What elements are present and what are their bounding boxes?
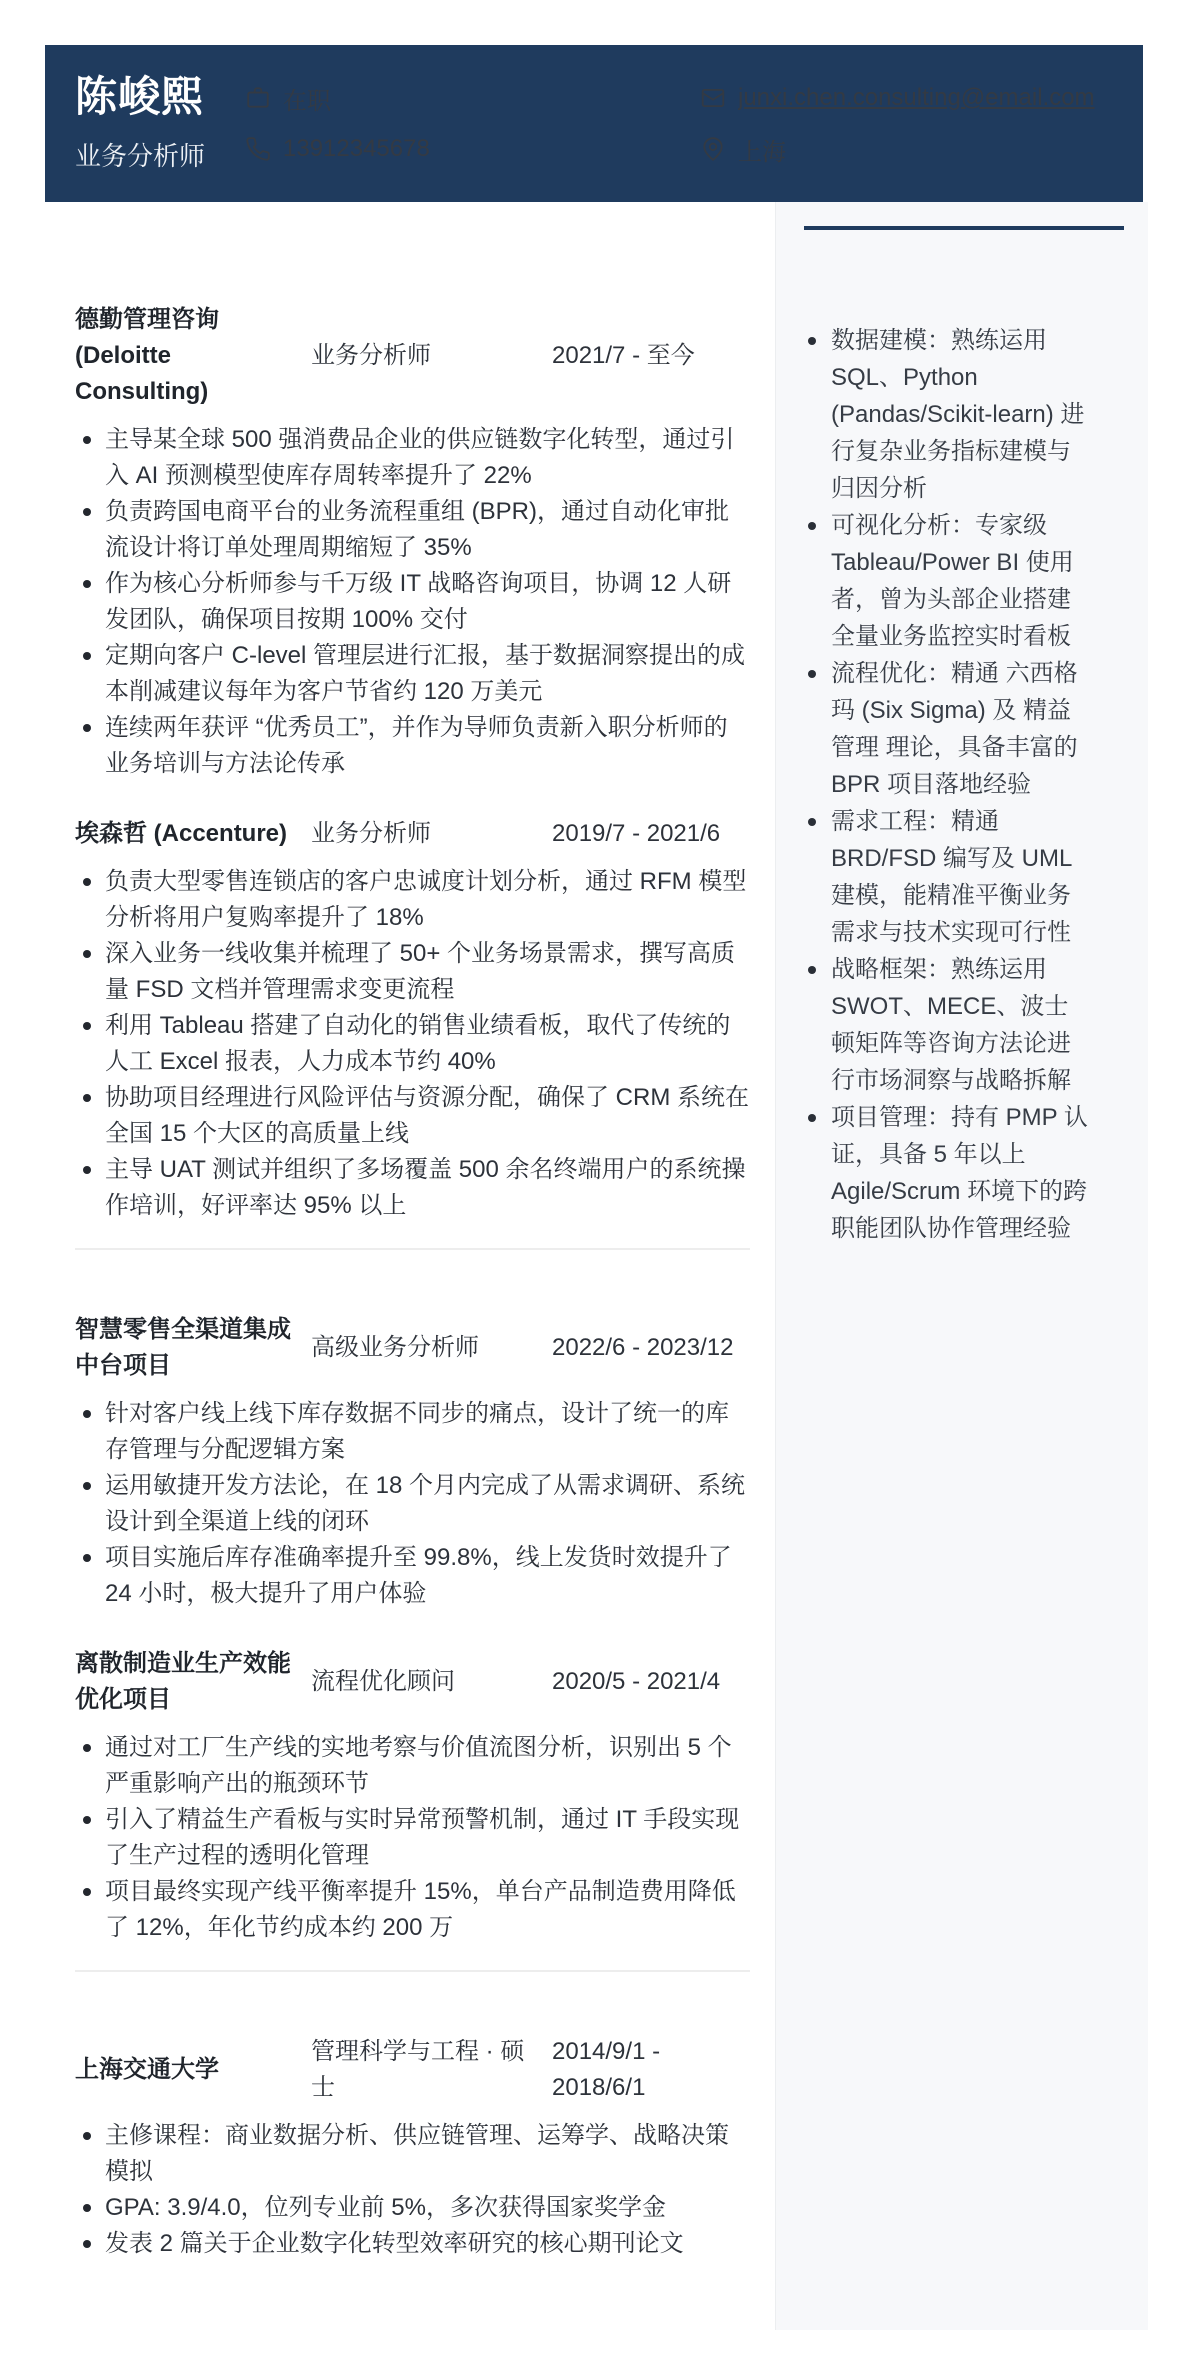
sidebar-accent-rule bbox=[804, 226, 1124, 230]
entry-date: 2020/5 - 2021/4 bbox=[552, 1664, 750, 1700]
entry-date: 2021/7 - 至今 bbox=[552, 338, 750, 374]
mail-icon bbox=[700, 85, 726, 111]
location-icon bbox=[700, 136, 726, 162]
entry-date: 2022/6 - 2023/12 bbox=[552, 1330, 750, 1366]
bullet-item: 发表 2 篇关于企业数字化转型效率研究的核心期刊论文 bbox=[75, 2226, 750, 2262]
entry-name: 德勤管理咨询 (Deloitte Consulting) bbox=[75, 302, 295, 410]
entry-header: 德勤管理咨询 (Deloitte Consulting) 业务分析师 2021/… bbox=[75, 302, 750, 410]
skill-item: 可视化分析：专家级 Tableau/Power BI 使用者，曾为头部企业搭建全… bbox=[804, 507, 1124, 655]
work-experience-section: 德勤管理咨询 (Deloitte Consulting) 业务分析师 2021/… bbox=[75, 302, 750, 1224]
contact-item: 上海 bbox=[700, 132, 1113, 167]
education-section: 上海交通大学 管理科学与工程 · 硕士 2014/9/1 - 2018/6/1 … bbox=[75, 2034, 750, 2262]
skill-item: 需求工程：精通 BRD/FSD 编写及 UML 建模，能精准平衡业务需求与技术实… bbox=[804, 803, 1124, 951]
entry-name: 离散制造业生产效能优化项目 bbox=[75, 1646, 295, 1718]
briefcase-icon bbox=[245, 85, 271, 111]
resume-page: 陈峻熙 业务分析师 在职 junxi.chen.consulting@email… bbox=[45, 45, 1143, 2330]
entry-header: 智慧零售全渠道集成中台项目 高级业务分析师 2022/6 - 2023/12 bbox=[75, 1312, 750, 1384]
resume-entry: 离散制造业生产效能优化项目 流程优化顾问 2020/5 - 2021/4 通过对… bbox=[75, 1646, 750, 1946]
phone-icon bbox=[245, 136, 271, 162]
bullet-item: 项目最终实现产线平衡率提升 15%，单台产品制造费用降低了 12%，年化节约成本… bbox=[75, 1874, 750, 1946]
contact-text: 在职 bbox=[283, 81, 331, 116]
entry-role: 管理科学与工程 · 硕士 bbox=[311, 2034, 536, 2106]
entry-name: 上海交通大学 bbox=[75, 2052, 295, 2088]
skill-item: 流程优化：精通 六西格玛 (Six Sigma) 及 精益管理 理论，具备丰富的… bbox=[804, 655, 1124, 803]
entry-date: 2014/9/1 - 2018/6/1 bbox=[552, 2034, 750, 2106]
entry-name: 智慧零售全渠道集成中台项目 bbox=[75, 1312, 295, 1384]
skills-sidebar: 数据建模：熟练运用 SQL、Python (Pandas/Scikit-lear… bbox=[775, 202, 1148, 2330]
contact-text: 13912345678 bbox=[283, 135, 430, 163]
bullet-item: 针对客户线上线下库存数据不同步的痛点，设计了统一的库存管理与分配逻辑方案 bbox=[75, 1396, 750, 1468]
bullet-item: 负责跨国电商平台的业务流程重组 (BPR)，通过自动化审批流设计将订单处理周期缩… bbox=[75, 494, 750, 566]
bullet-item: 通过对工厂生产线的实地考察与价值流图分析，识别出 5 个严重影响产出的瓶颈环节 bbox=[75, 1730, 750, 1802]
entry-role: 高级业务分析师 bbox=[311, 1330, 536, 1366]
bullet-item: 项目实施后库存准确率提升至 99.8%，线上发货时效提升了 24 小时，极大提升… bbox=[75, 1540, 750, 1612]
entry-role: 业务分析师 bbox=[311, 816, 536, 852]
contact-item: 在职 bbox=[245, 81, 700, 116]
bullet-list: 通过对工厂生产线的实地考察与价值流图分析，识别出 5 个严重影响产出的瓶颈环节引… bbox=[75, 1730, 750, 1946]
bullet-item: 协助项目经理进行风险评估与资源分配，确保了 CRM 系统在全国 15 个大区的高… bbox=[75, 1080, 750, 1152]
bullet-item: 运用敏捷开发方法论，在 18 个月内完成了从需求调研、系统设计到全渠道上线的闭环 bbox=[75, 1468, 750, 1540]
bullet-item: 利用 Tableau 搭建了自动化的销售业绩看板，取代了传统的人工 Excel … bbox=[75, 1008, 750, 1080]
entry-header: 埃森哲 (Accenture) 业务分析师 2019/7 - 2021/6 bbox=[75, 816, 750, 852]
resume-entry: 埃森哲 (Accenture) 业务分析师 2019/7 - 2021/6 负责… bbox=[75, 816, 750, 1224]
candidate-identity: 陈峻熙 业务分析师 bbox=[75, 74, 225, 173]
bullet-item: 主导某全球 500 强消费品企业的供应链数字化转型，通过引入 AI 预测模型使库… bbox=[75, 422, 750, 494]
bullet-list: 主导某全球 500 强消费品企业的供应链数字化转型，通过引入 AI 预测模型使库… bbox=[75, 422, 750, 782]
contact-item: junxi.chen.consulting@email.com bbox=[700, 84, 1113, 112]
bullet-item: 主修课程：商业数据分析、供应链管理、运筹学、战略决策模拟 bbox=[75, 2118, 750, 2190]
main-column: 德勤管理咨询 (Deloitte Consulting) 业务分析师 2021/… bbox=[45, 202, 775, 2330]
resume-entry: 上海交通大学 管理科学与工程 · 硕士 2014/9/1 - 2018/6/1 … bbox=[75, 2034, 750, 2262]
bullet-item: 引入了精益生产看板与实时异常预警机制，通过 IT 手段实现了生产过程的透明化管理 bbox=[75, 1802, 750, 1874]
bullet-item: 作为核心分析师参与千万级 IT 战略咨询项目，协调 12 人研发团队，确保项目按… bbox=[75, 566, 750, 638]
bullet-list: 主修课程：商业数据分析、供应链管理、运筹学、战略决策模拟GPA: 3.9/4.0… bbox=[75, 2118, 750, 2262]
entry-date: 2019/7 - 2021/6 bbox=[552, 816, 750, 852]
entry-name: 埃森哲 (Accenture) bbox=[75, 816, 295, 852]
entry-header: 离散制造业生产效能优化项目 流程优化顾问 2020/5 - 2021/4 bbox=[75, 1646, 750, 1718]
email-link[interactable]: junxi.chen.consulting@email.com bbox=[738, 84, 1095, 112]
contact-text: 上海 bbox=[738, 132, 786, 167]
bullet-item: 主导 UAT 测试并组织了多场覆盖 500 余名终端用户的系统操作培训，好评率达… bbox=[75, 1152, 750, 1224]
entry-role: 流程优化顾问 bbox=[311, 1664, 536, 1700]
resume-entry: 智慧零售全渠道集成中台项目 高级业务分析师 2022/6 - 2023/12 针… bbox=[75, 1312, 750, 1612]
bullet-list: 负责大型零售连锁店的客户忠诚度计划分析，通过 RFM 模型分析将用户复购率提升了… bbox=[75, 864, 750, 1224]
bullet-item: 定期向客户 C-level 管理层进行汇报，基于数据洞察提出的成本削减建议每年为… bbox=[75, 638, 750, 710]
entry-header: 上海交通大学 管理科学与工程 · 硕士 2014/9/1 - 2018/6/1 bbox=[75, 2034, 750, 2106]
bullet-item: 深入业务一线收集并梳理了 50+ 个业务场景需求，撰写高质量 FSD 文档并管理… bbox=[75, 936, 750, 1008]
section-divider bbox=[75, 1248, 750, 1250]
skills-list: 数据建模：熟练运用 SQL、Python (Pandas/Scikit-lear… bbox=[804, 322, 1124, 1247]
section-divider bbox=[75, 1970, 750, 1972]
skill-item: 项目管理：持有 PMP 认证，具备 5 年以上 Agile/Scrum 环境下的… bbox=[804, 1099, 1124, 1247]
resume-header: 陈峻熙 业务分析师 在职 junxi.chen.consulting@email… bbox=[45, 45, 1143, 202]
skill-item: 战略框架：熟练运用 SWOT、MECE、波士顿矩阵等咨询方法论进行市场洞察与战略… bbox=[804, 951, 1124, 1099]
bullet-item: 负责大型零售连锁店的客户忠诚度计划分析，通过 RFM 模型分析将用户复购率提升了… bbox=[75, 864, 750, 936]
entry-role: 业务分析师 bbox=[311, 338, 536, 374]
resume-body: 德勤管理咨询 (Deloitte Consulting) 业务分析师 2021/… bbox=[45, 202, 1143, 2330]
bullet-item: GPA: 3.9/4.0，位列专业前 5%，多次获得国家奖学金 bbox=[75, 2190, 750, 2226]
contact-item: 13912345678 bbox=[245, 135, 700, 163]
candidate-name: 陈峻熙 bbox=[75, 74, 225, 120]
projects-section: 智慧零售全渠道集成中台项目 高级业务分析师 2022/6 - 2023/12 针… bbox=[75, 1312, 750, 1946]
skill-item: 数据建模：熟练运用 SQL、Python (Pandas/Scikit-lear… bbox=[804, 322, 1124, 507]
contact-grid: 在职 junxi.chen.consulting@email.com 13912… bbox=[245, 81, 1113, 167]
candidate-title: 业务分析师 bbox=[75, 136, 225, 173]
bullet-item: 连续两年获评 “优秀员工”，并作为导师负责新入职分析师的业务培训与方法论传承 bbox=[75, 710, 750, 782]
bullet-list: 针对客户线上线下库存数据不同步的痛点，设计了统一的库存管理与分配逻辑方案运用敏捷… bbox=[75, 1396, 750, 1612]
resume-entry: 德勤管理咨询 (Deloitte Consulting) 业务分析师 2021/… bbox=[75, 302, 750, 782]
